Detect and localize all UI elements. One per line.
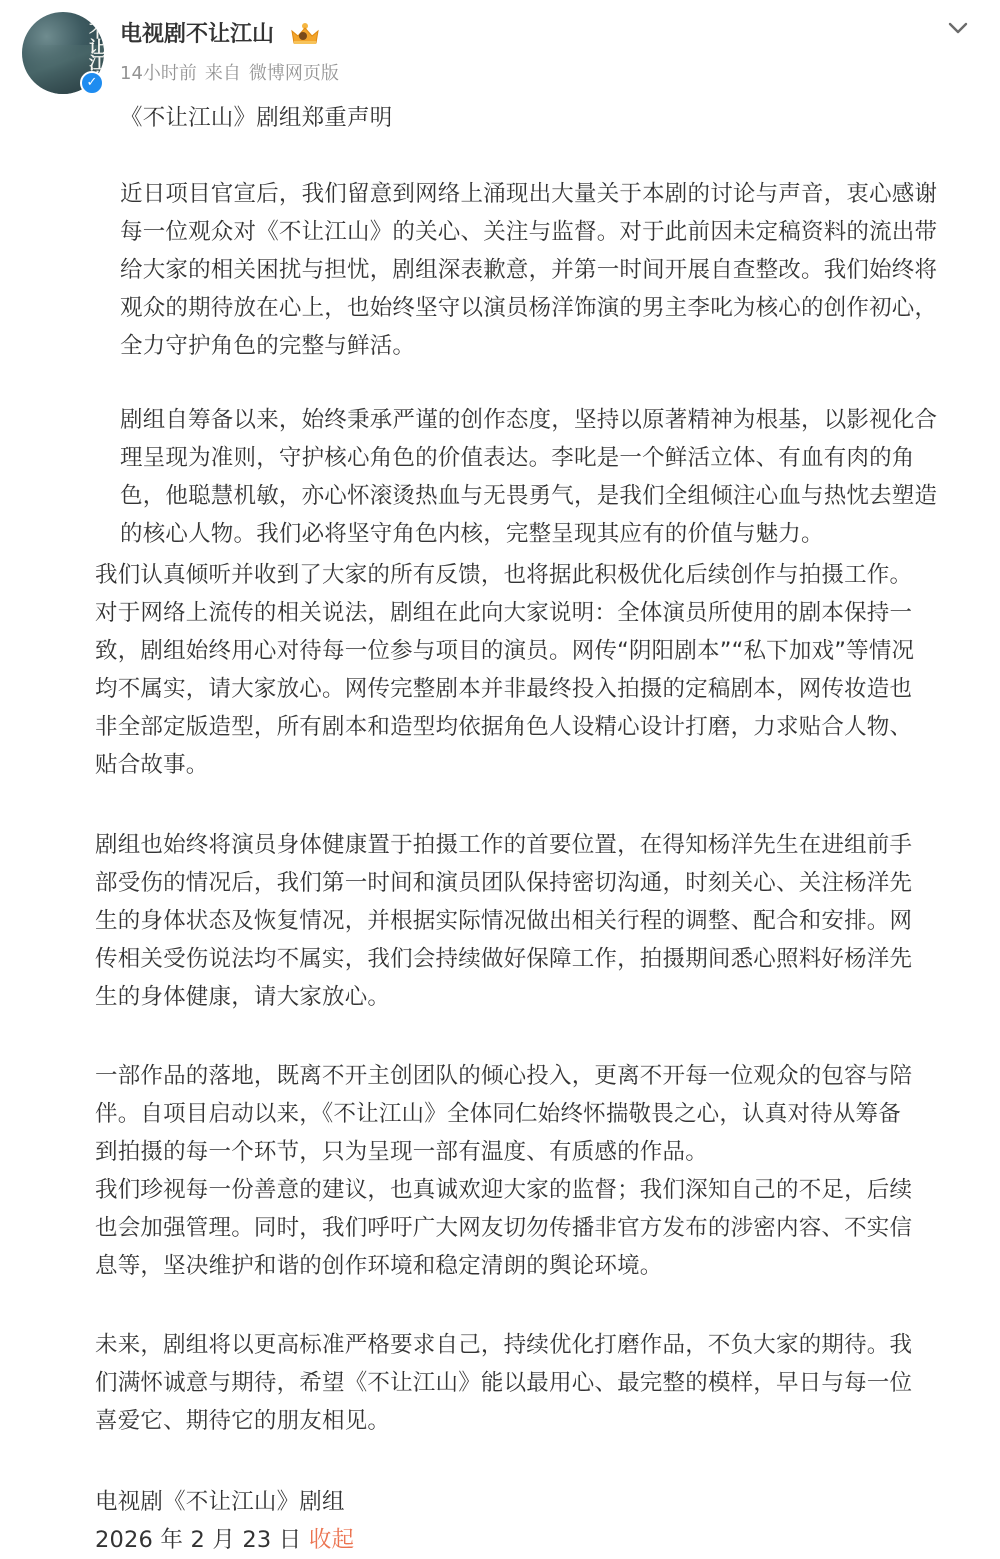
source-prefix: 来自 [205,63,241,84]
post-text-line: 色，他聪慧机敏，亦心怀滚烫热血与无畏勇气，是我们全组倾注心血与热忱去塑造 [120,477,937,515]
post-text-line: 均不属实，请大家放心。网传完整剧本并非最终投入拍摄的定稿剧本，网传妆造也 [95,670,912,708]
username[interactable]: 电视剧不让江山 [120,20,274,50]
verified-badge-icon: ✓ [80,71,104,95]
post-date: 2026 年 2 月 23 日 [95,1527,301,1553]
post-meta: 14小时前来自微博网页版 [120,61,347,87]
post-text-line: 部受伤的情况后，我们第一时间和演员团队保持密切沟通，时刻关心、关注杨洋先 [95,864,912,902]
post-text-line: 传相关受伤说法均不属实，我们会持续做好保障工作，拍摄期间悉心照料好杨洋先 [95,940,912,978]
post-text-line: 喜爱它、期待它的朋友相见。 [95,1402,390,1440]
post-text-line: 近日项目官宣后，我们留意到网络上涌现出大量关于本剧的讨论与声音，衷心感谢 [120,175,937,213]
post-title: 《不让江山》剧组郑重声明 [120,99,392,137]
post-text-line: 我们珍视每一份善意的建议，也真诚欢迎大家的监督；我们深知自己的不足，后续 [95,1171,912,1209]
post-date-line: 2026 年 2 月 23 日 收起 [95,1521,354,1559]
post-text-line: 理呈现为准则，守护核心角色的价值表达。李叱是一个鲜活立体、有血有肉的角 [120,439,915,477]
post-text-line: 电视剧《不让江山》剧组 [95,1483,345,1521]
post-time[interactable]: 14小时前 [120,63,197,84]
post-text-line: 全力守护角色的完整与鲜活。 [120,327,415,365]
crown-badge-icon[interactable] [290,22,320,46]
post-source: 微博网页版 [249,63,339,84]
post-text-line: 息等，坚决维护和谐的创作环境和稳定清朗的舆论环境。 [95,1247,663,1285]
post-text-line: 非全部定版造型，所有剧本和造型均依据角色人设精心设计打磨，力求贴合人物、 [95,708,912,746]
post-text-line: 的核心人物。我们必将坚守角色内核，完整呈现其应有的价值与魅力。 [120,515,824,553]
post-text-line: 到拍摄的每一个环节，只为呈现一部有温度、有质感的作品。 [95,1133,708,1171]
post-text-line: 给大家的相关困扰与担忧，剧组深表歉意，并第一时间开展自查整改。我们始终将 [120,251,937,289]
post-text-line: 剧组自筹备以来，始终秉承严谨的创作态度，坚持以原著精神为根基，以影视化合 [120,401,937,439]
collapse-link[interactable]: 收起 [309,1527,354,1553]
post-text-line: 一部作品的落地，既离不开主创团队的倾心投入，更离不开每一位观众的包容与陪 [95,1057,912,1095]
post-text-line: 致，剧组始终用心对待每一位参与项目的演员。网传“阴阳剧本”“私下加戏”等情况 [95,632,914,670]
post-text-line: 我们认真倾听并收到了大家的所有反馈，也将据此积极优化后续创作与拍摄工作。 [95,556,912,594]
post-text-line: 生的身体健康，请大家放心。 [95,978,390,1016]
post-text-line: 贴合故事。 [95,746,209,784]
post-text-line: 观众的期待放在心上，也始终坚守以演员杨洋饰演的男主李叱为核心的创作初心， [120,289,937,327]
chevron-down-icon[interactable] [946,16,970,40]
post-text-line: 伴。自项目启动以来，《不让江山》全体同仁始终怀揣敬畏之心，认真对待从筹备 [95,1095,901,1133]
post-text-line: 也会加强管理。同时，我们呼吁广大网友切勿传播非官方发布的涉密内容、不实信 [95,1209,912,1247]
post-text-line: 生的身体状态及恢复情况，并根据实际情况做出相关行程的调整、配合和安排。网 [95,902,912,940]
post-text-line: 每一位观众对《不让江山》的关心、关注与监督。对于此前因未定稿资料的流出带 [120,213,937,251]
post-text-line: 们满怀诚意与期待，希望《不让江山》能以最用心、最完整的模样，早日与每一位 [95,1364,912,1402]
post-text-line: 剧组也始终将演员身体健康置于拍摄工作的首要位置，在得知杨洋先生在进组前手 [95,826,912,864]
post-text-line: 对于网络上流传的相关说法，剧组在此向大家说明：全体演员所使用的剧本保持一 [95,594,912,632]
post-text-line: 未来，剧组将以更高标准严格要求自己，持续优化打磨作品，不负大家的期待。我 [95,1326,912,1364]
